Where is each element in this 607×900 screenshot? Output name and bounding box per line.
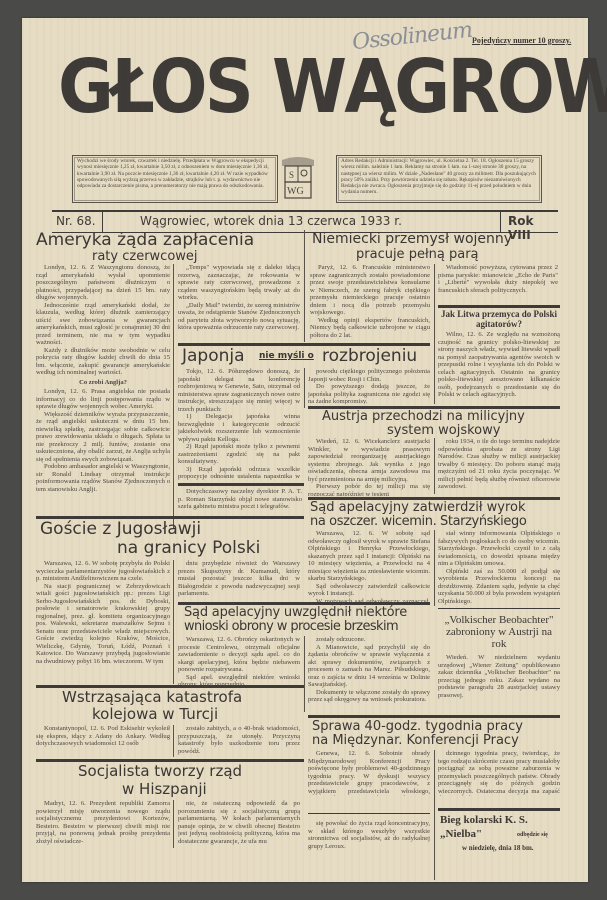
town-crest-icon: S WG (276, 156, 320, 202)
headline-wstrzasajaca-1: Wstrząsająca katastrofa (62, 690, 242, 705)
headline-ameryka-2: raty czerwcowej (92, 250, 198, 263)
article-goscie-col2: dniu przybędzie również do Warszawy prez… (178, 560, 300, 600)
article-wstrzasajaca-col2: zostało zabitych, a o 40-brak wiadomości… (178, 725, 300, 757)
column-divider (173, 264, 174, 528)
headline-sad-wyrok-1: Sąd apelacyjny zatwierdził wyrok (310, 501, 526, 514)
paragraph: 1) Delegacja japońska winna bezwzględnie… (178, 413, 300, 443)
article-sprawa-col1: Genewa, 12. 6. Sobotnie obrady Międzynar… (308, 750, 430, 796)
paragraph: zostało zabitych, a o 40-brak wiadomości… (178, 725, 300, 755)
column-divider (434, 530, 435, 606)
article-niemiecki-col1: Paryż, 12. 6. Francuskie ministerstwo sp… (310, 264, 430, 342)
ad-date: w niedzielę, dnia 18 bm. (462, 845, 534, 853)
article-ameryka-col2: „Temps" wypowiada się z daleko idącą rez… (178, 264, 300, 346)
article-sprawa-col2: dzinnego tygodnia pracy, twierdząc, że t… (438, 750, 560, 796)
ad-bieg-title: Bieg kolarski K. S. (440, 814, 528, 826)
paragraph: powodu ciężkiego politycznego położenia … (308, 368, 430, 383)
subscription-info-text: Wychodzi we środy wtorek, czwartek i nie… (77, 158, 269, 189)
headline-ameryka-1: Ameryka żąda zapłacenia (36, 232, 254, 249)
paragraph: Konstantynopol, 12. 6. Pod Eskisehir wyk… (36, 725, 170, 748)
article-socjalista-col2: nie, że ostateczną odpowiedź da po poroz… (178, 800, 300, 848)
headline-japonja-1: Japonja (182, 348, 245, 365)
svg-text:S: S (289, 170, 294, 180)
paragraph: 2) Rząd japoński może tylko z pewnemi za… (178, 443, 300, 466)
column-divider (304, 368, 305, 408)
paragraph: zostały odrzucone. (308, 636, 430, 644)
paragraph: „Temps" wypowiada się z daleko idącą rez… (178, 264, 300, 302)
article-wstrzasajaca-col1: Konstantynopol, 12. 6. Pod Eskisehir wyk… (36, 725, 170, 757)
column-divider (173, 725, 174, 757)
paragraph: Podobno ambasador angielski w Waszyngton… (36, 463, 170, 493)
headline-socjalista-2: w Hiszpanji (122, 782, 207, 797)
column-divider (304, 230, 305, 342)
section-rule (178, 483, 304, 486)
masthead-title: GŁOS WĄGROWIECKI (58, 46, 518, 128)
column-divider (434, 264, 435, 404)
issue-year: Rok VIII (508, 214, 558, 242)
paragraph: Dokumenty te włączone zostały do sprawy … (308, 689, 430, 704)
article-goscie-col1: Warszawa, 12. 6. W sobotę przybyła do Po… (36, 560, 170, 686)
headline-sprawa-1: Sprawa 40-godz. tygodnia pracy (312, 720, 523, 733)
paragraph: Dotychczasowy naczelny dyrektor P. A. T.… (178, 488, 302, 511)
divider (102, 212, 103, 232)
paragraph: Londyn, 12. 6. Z Waszyngtonu donoszą, że… (36, 264, 170, 302)
article-socjalista-continued: się powołać do życia rząd koncentracyjny… (308, 820, 430, 850)
issue-number: Nr. 68. (56, 214, 96, 228)
paragraph: 3) Rząd japoński odrzuca wszelkie propoz… (178, 466, 300, 481)
paragraph: Według opinji ekspertów francuskich, Nie… (310, 317, 430, 340)
article-sad-wyrok-col1: Warszawa, 12. 6. W sobotę sąd odwoławczy… (308, 530, 430, 606)
paragraph: Wiedeń, 12. 6. Wicekanclerz austrjacki W… (308, 438, 430, 483)
column-divider (434, 438, 435, 494)
headline-goscie-2: na granicy Polski (117, 540, 260, 557)
ad-takes-place: odbędzie się (517, 832, 548, 839)
paragraph: Pierwszy pobór do tej milicji ma się roz… (308, 483, 430, 496)
headline-sad-wnioski-2: wnioski obrony w procesie brzeskim (184, 620, 398, 633)
editorial-address-box: Adres Redakcji i Administracji: Wągrowie… (336, 155, 542, 203)
paragraph: Sąd odwoławczy zatwierdził całkowicie wy… (308, 583, 430, 598)
paragraph: Wiedeń. W niedzielnem wydaniu urzędowej … (438, 654, 560, 699)
paragraph: Każdy z dłużników może swobodnie w celu … (36, 347, 170, 377)
paragraph: Wiadomość powyższa, cytowana przez 2 pis… (438, 264, 558, 294)
paragraph: Większość dzienników wyraża przypuszczen… (36, 411, 170, 464)
article-niemiecki-col2: Wiadomość powyższa, cytowana przez 2 pis… (438, 264, 558, 304)
headline-wstrzasajaca-2: kolejowa w Turcji (92, 707, 218, 722)
article-ameryka-col1: Londyn, 12. 6. Z Waszyngtonu donoszą, że… (36, 264, 170, 494)
article-sad-wyrok-col2: stał winny informowania Olpińskiego o fa… (438, 530, 560, 606)
headline-austrja-2: system wojskowy (387, 424, 500, 437)
column-divider (434, 750, 435, 880)
paragraph: Olpiński zaś za 50.000 zł podjął się wyr… (438, 568, 560, 606)
headline-sad-wnioski-1: Sąd apelacyjny uwzględnił niektóre (184, 606, 407, 619)
divider (500, 212, 501, 232)
svg-text:WG: WG (287, 186, 304, 197)
paragraph: nie, że ostateczną odpowiedź da po poroz… (178, 800, 300, 845)
article-japonja-col2: powodu ciężkiego politycznego położenia … (308, 368, 430, 404)
article-litwa: Wilno, 12. 6. Ze względu na wzmożoną czu… (438, 331, 560, 405)
paragraph: Jednocześnie rząd amerykański dodał, że … (36, 302, 170, 347)
headline-socjalista-1: Socjalista tworzy rząd (78, 764, 242, 779)
headline-japonja-3: rozbrojeniu (322, 348, 417, 365)
paragraph: Londyn, 12. 6. Prasa angielska nie posia… (36, 388, 170, 411)
column-divider (173, 800, 174, 848)
ad-nielba: „Nielba" (440, 828, 482, 840)
headline-niemiecki-2: pracuje pełną parą (356, 248, 479, 261)
headline-goscie-1: Goście z Jugosławji (40, 521, 201, 538)
paragraph: Warszawa, 12. 6. Obrońcy oskarżonych w p… (178, 636, 300, 674)
article-sad-wnioski-col2: zostały odrzucone. A Mianowicie, sąd prz… (308, 636, 430, 712)
headline-austrja-1: Austrja przechodzi na milicyjny (322, 410, 525, 423)
subscription-info-box: Wychodzi we środy wtorek, czwartek i nie… (72, 155, 278, 203)
paragraph: Na stacji pogranicznej w Zebrzydowicach … (36, 583, 170, 666)
paragraph: Paryż, 12. 6. Francuskie ministerstwo sp… (310, 264, 430, 317)
paragraph: dniu przybędzie również do Warszawy prez… (178, 560, 300, 598)
section-rule (438, 608, 560, 609)
paragraph: Tokjo, 12. 6. Półurzędowo donoszą, że ja… (178, 368, 300, 413)
article-socjalista-col1: Madryt, 12. 6. Prezydent republiki Zamor… (36, 800, 170, 848)
paragraph: Genewa, 12. 6. Sobotnie obrady Międzynar… (308, 750, 430, 796)
section-rule (308, 715, 560, 718)
headline-niemiecki-1: Niemiecki przemysł wojenny (312, 232, 512, 246)
paragraph: Do powyższego dodają jeszcze, że japońsk… (308, 383, 430, 404)
section-rule (438, 305, 560, 308)
article-austrja-col1: Wiedeń, 12. 6. Wicekanclerz austrjacki W… (308, 438, 430, 496)
article-brief: Dotychczasowy naczelny dyrektor P. A. T.… (178, 488, 302, 514)
paragraph: Warszawa, 12. 6. W sobotę sąd odwoławczy… (308, 530, 430, 583)
article-japonja-col1: Tokjo, 12. 6. Półurzędowo donoszą, że ja… (178, 368, 300, 480)
paragraph: dzinnego tygodnia pracy, twierdząc, że t… (438, 750, 560, 796)
headline-litwa: Jak Litwa przemyca do Polski agitatorów? (438, 310, 560, 330)
subheading-anglja: Co zrobi Anglja? (36, 379, 170, 387)
article-volkischer: Wiedeń. W niedzielnem wydaniu urzędowej … (438, 654, 560, 710)
section-rule (438, 808, 560, 811)
paragraph: „Daily Mail" twierdzi, że szereg ministr… (178, 302, 300, 332)
headline-japonja-2: nie myśli o (259, 352, 314, 361)
paragraph: się powołać do życia rząd koncentracyjny… (308, 820, 430, 850)
headline-sprawa-2: na Międzynar. Konferencji Pracy (312, 734, 519, 747)
paragraph: Wilno, 12. 6. Ze względu na wzmożoną czu… (438, 331, 560, 399)
headline-volkischer: „Volkischer Beobachter" zabroniony w Aus… (438, 614, 560, 650)
paragraph: A Mianowicie, sąd przychylił się do żąda… (308, 644, 430, 689)
article-austrja-col2: roku 1934, o ile do tego terminu nadejdz… (438, 438, 560, 496)
column-divider (304, 636, 305, 712)
paragraph: roku 1934, o ile do tego terminu nadejdz… (438, 438, 560, 491)
column-divider (173, 560, 174, 684)
paragraph: Warszawa, 12. 6. W sobotę przybyła do Po… (36, 560, 170, 583)
issue-date: Wągrowiec, wtorek dnia 13 czerwca 1933 r… (140, 214, 402, 228)
paragraph: stał winny informowania Olpińskiego o fa… (438, 530, 560, 568)
editorial-address-text: Adres Redakcji i Administracji: Wągrowie… (341, 158, 536, 195)
headline-sad-wyrok-2: na oszczer. wicemin. Starzyńskiego (310, 515, 526, 528)
article-sad-wnioski-col1: Warszawa, 12. 6. Obrońcy oskarżonych w p… (178, 636, 300, 686)
section-rule (308, 813, 430, 814)
newspaper-page: Ossolineum Pojedyńczy numer 10 groszy. G… (22, 18, 588, 882)
paragraph: Madryt, 12. 6. Prezydent republiki Zamor… (36, 800, 170, 845)
